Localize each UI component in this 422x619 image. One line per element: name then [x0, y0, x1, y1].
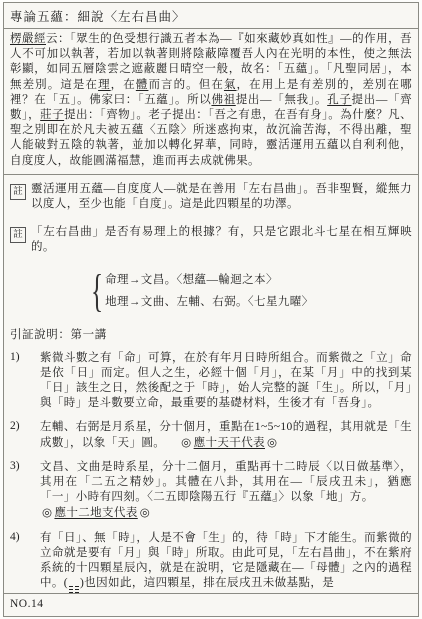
numbered-item-1: 1) 紫微斗數之有「命」可算，在於有年月日時所組合。而紫微之「立」命是依「日」而… — [10, 351, 412, 412]
circle-mark-icon: ◎ — [42, 507, 52, 519]
note-row-2: 註 「左右昌曲」是否有易理上的根據？有，只是它跟北斗七星在相互輝映的。 — [10, 225, 412, 255]
kun-trigram-icon — [69, 586, 79, 593]
document-page: 專論五蘊：細說〈左右昌曲〉 楞嚴經云：「眾生的色受想行識五者本為—『如來藏妙真如… — [3, 2, 419, 617]
note-box-label: 註 — [10, 184, 26, 200]
scanned-page-canvas: 專論五蘊：細說〈左右昌曲〉 楞嚴經云：「眾生的色受想行識五者本為—『如來藏妙真如… — [0, 0, 422, 619]
note-text: 靈活運用五蘊—自度度人—就是在善用「左右昌曲」。吾非聖賢，縱無力以度人，至少也能… — [31, 182, 412, 212]
brace-line-mingli: 命理→文昌。〈想蘊—輪迴之本〉 — [105, 269, 313, 291]
title-section: 專論五蘊：細說〈左右昌曲〉 — [4, 3, 418, 29]
intro-section: 楞嚴經云：「眾生的色受想行識五者本為—『如來藏妙真如性』—的作用，吾人不可加以執… — [4, 29, 418, 175]
name-confucius: 孔子 — [327, 94, 351, 106]
brace-lines: 命理→文昌。〈想蘊—輪迴之本〉 地理→文曲、左輔、右弼。〈七星九曜〉 — [105, 269, 313, 313]
note-box-label: 註 — [10, 227, 26, 243]
circle-mark-icon: ◎ — [140, 507, 150, 519]
circle-mark-icon: ◎ — [267, 437, 277, 449]
numbered-list: 1) 紫微斗數之有「命」可算，在於有年月日時所組合。而紫微之「立」命是依「日」而… — [10, 351, 412, 593]
ref-shurangama-sutra: 楞嚴經 — [10, 33, 46, 45]
note-row-1: 註 靈活運用五蘊—自度度人—就是在善用「左右昌曲」。吾非聖賢，縱無力以度人，至少… — [10, 182, 412, 212]
page-title: 專論五蘊：細說〈左右昌曲〉 — [10, 7, 412, 25]
numbered-item-3: 3) 文昌、文曲是時系星，分十二個月，重點再十二時辰〈以日做基準〉，其用在「二五… — [10, 460, 412, 522]
page-number: NO.14 — [10, 598, 44, 610]
section-heading: 引証說明：第一講 — [10, 326, 412, 342]
name-buddha: 佛祖 — [211, 94, 235, 106]
emphasis-line: ◎應十二地支代表◎ — [40, 506, 412, 521]
intro-paragraph: 楞嚴經云：「眾生的色受想行識五者本為—『如來藏妙真如性』—的作用，吾人不可加以執… — [10, 32, 412, 169]
body-section: 註 靈活運用五蘊—自度度人—就是在善用「左右昌曲」。吾非聖賢，縱無力以度人，至少… — [4, 175, 418, 593]
term-li: 理 — [98, 79, 111, 91]
text-segment: 提出—「無我」。 — [236, 94, 327, 106]
underlined-phrase-ten-stems: 應十天干代表 — [194, 437, 265, 449]
item-text: 紫微斗數之有「命」可算，在於有年月日時所組合。而紫微之「立」命是依「日」而定。但… — [40, 351, 412, 412]
text-segment: 提出：「齊物」。老子提出：「吾之有患，在吾有身」。為什麼？凡、聖之別即在於凡夫被… — [10, 109, 412, 167]
brace-diagram: { 命理→文昌。〈想蘊—輪迴之本〉 地理→文曲、左輔、右弼。〈七星九曜〉 — [86, 269, 412, 313]
item-text: 左輔、右弼是月系星，分十個月，重點在1~5~10的過程，其用就是「生成數」，以象… — [40, 420, 412, 450]
numbered-item-2: 2) 左輔、右弼是月系星，分十個月，重點在1~5~10的過程，其用就是「生成數」… — [10, 420, 412, 450]
footer-section: NO.14 — [4, 593, 418, 616]
note-text: 「左右昌曲」是否有易理上的根據？有，只是它跟北斗七星在相互輝映的。 — [31, 225, 412, 255]
term-qi: 氣 — [224, 79, 237, 91]
item-text: 文昌、文曲是時系星，分十二個月，重點再十二時辰〈以日做基準〉，其用在「二五之精妙… — [40, 460, 412, 522]
item-number: 4) — [10, 531, 40, 593]
text-segment: ，在 — [111, 79, 136, 91]
text-segment: 而言的。但在 — [148, 79, 224, 91]
numbered-item-4: 4) 有「日」、無「時」，人是不會「生」的，待「時」下才能生。而紫微的立命就是要… — [10, 531, 412, 593]
left-curly-brace-icon: { — [91, 270, 103, 311]
item-number: 1) — [10, 351, 40, 412]
item-number: 2) — [10, 420, 40, 450]
brace-line-dili: 地理→文曲、左輔、右弼。〈七星九曜〉 — [105, 291, 313, 313]
term-ti: 體 — [136, 79, 149, 91]
item-text: 有「日」、無「時」，人是不會「生」的，待「時」下才能生。而紫微的立命就是要有「月… — [40, 531, 412, 593]
text-segment: )也因如此，這四顆星，排在辰戌丑未做基點，是 — [80, 577, 334, 589]
item-number: 3) — [10, 460, 40, 522]
text-segment: 文昌、文曲是時系星，分十二個月，重點再十二時辰〈以日做基準〉，其用在「二五之精妙… — [40, 461, 412, 503]
underlined-phrase-twelve-branches: 應十二地支代表 — [54, 507, 137, 519]
circle-mark-icon: ◎ — [181, 437, 191, 449]
name-zhuangzi: 莊子 — [40, 109, 64, 121]
